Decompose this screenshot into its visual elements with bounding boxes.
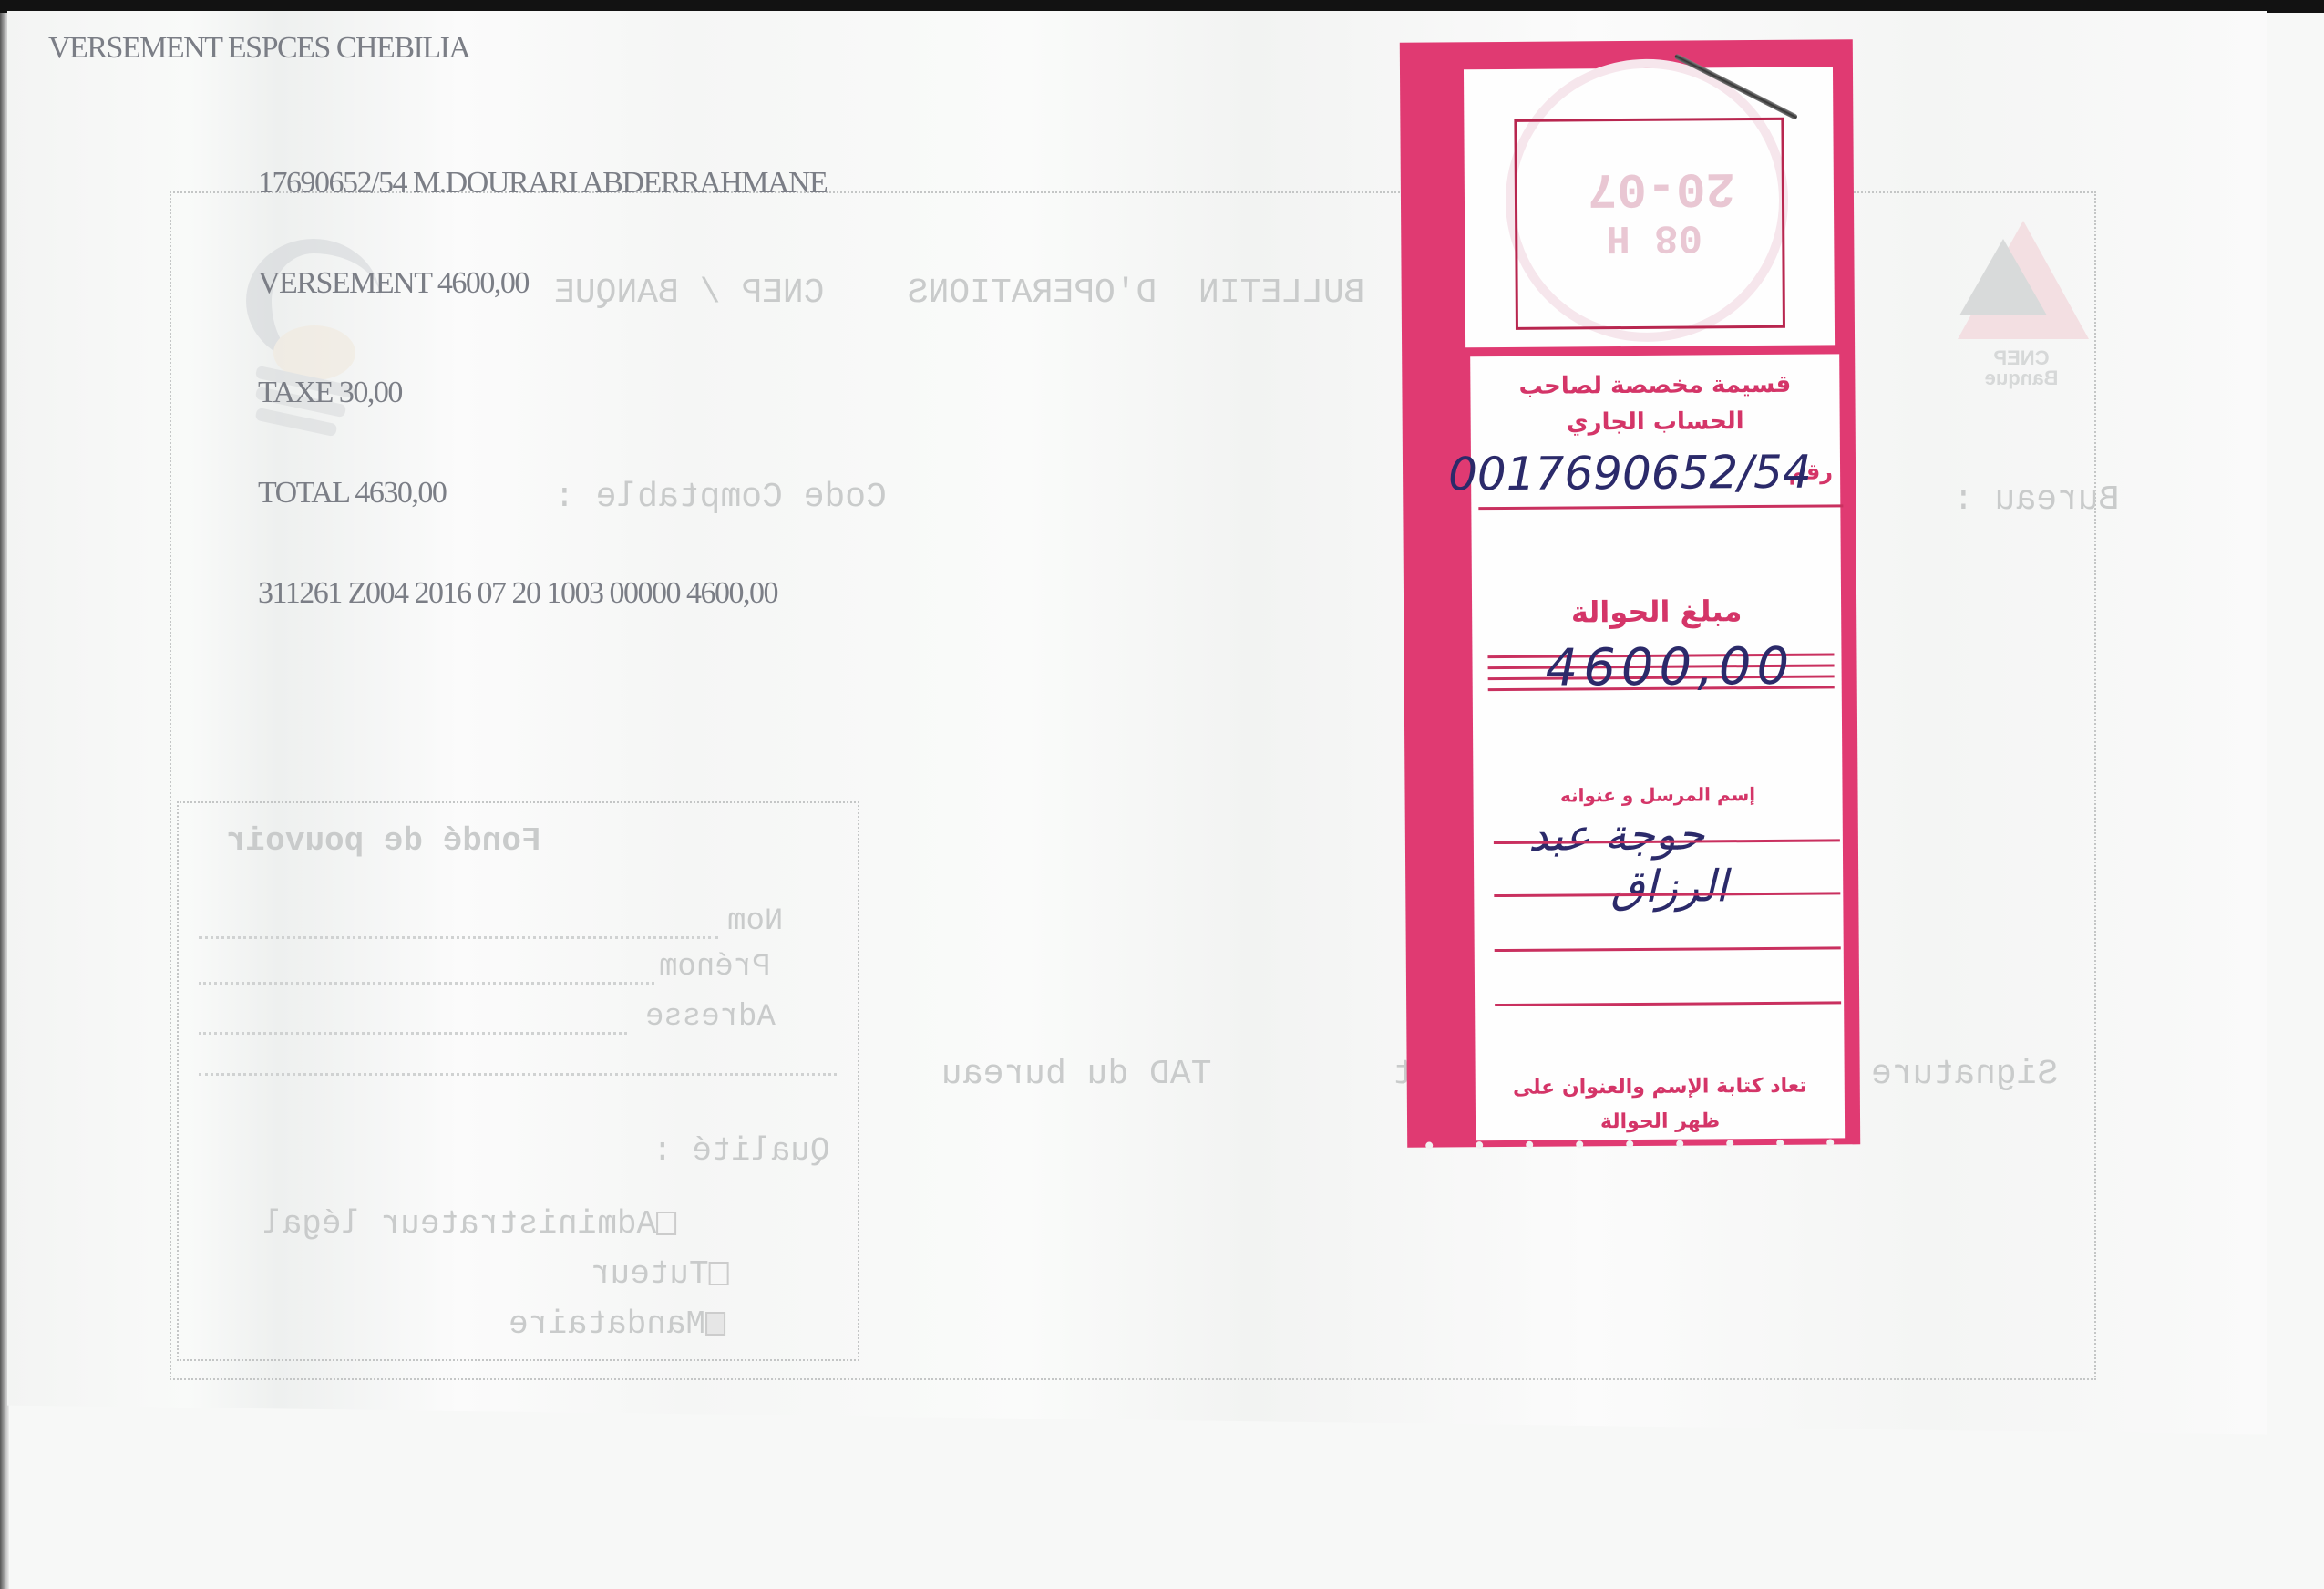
- tax-line: TAXE 30,00: [258, 376, 402, 410]
- rule: [1478, 504, 1843, 510]
- bleed-qualite: Qualité :: [653, 1132, 829, 1170]
- dotted-line: [199, 1032, 627, 1035]
- bleed-field-adresse: Adresse: [645, 1000, 776, 1035]
- bleed-signature: Signature: [1871, 1055, 2058, 1094]
- bleed-bureau: Bureau :: [1953, 480, 2119, 520]
- remittance-slip: 20-07 08 H قسيمة مخصصة لصاحب الحساب الجا…: [1400, 39, 1860, 1147]
- perforation: [1826, 1139, 1834, 1146]
- slip-body: قسيمة مخصصة لصاحب الحساب الجاري رقم 0017…: [1470, 354, 1845, 1140]
- account-line: 17690652/54 M.DOURARI ABDERRAHMANE: [258, 166, 827, 201]
- holder-subtitle: الحساب الجاري: [1471, 407, 1840, 437]
- bleed-field-prenom: Prénom: [659, 950, 770, 985]
- perforation: [1676, 1140, 1683, 1148]
- perforation: [1425, 1142, 1433, 1150]
- perforation: [1626, 1140, 1633, 1148]
- sender-label: إسم المرسل و عنوانه: [1473, 782, 1842, 807]
- amount-handwritten: 4600,00: [1545, 637, 1794, 698]
- receipt-header: VERSEMENT ESPCES CHEBILIA: [48, 31, 469, 66]
- dotted-line: [199, 936, 718, 939]
- checkbox-admin: [656, 1212, 676, 1235]
- postmark-time: 08 H: [1606, 213, 1702, 260]
- bleed-option-mandataire: Mandataire: [509, 1305, 729, 1343]
- bleed-option-tuteur: Tuteur: [591, 1255, 733, 1293]
- holder-title: قسيمة مخصصة لصاحب: [1470, 370, 1839, 400]
- fonde-de-pouvoir-box: [177, 801, 859, 1361]
- receipt-paper: CNEPBanque BULLETIN D'OPERATIONS CNEP / …: [7, 11, 2267, 1470]
- cnep-logo: CNEPBanque: [1958, 221, 2094, 394]
- rule: [1495, 946, 1841, 952]
- checkbox-tuteur: [709, 1262, 729, 1285]
- perforation: [1726, 1140, 1733, 1147]
- bleed-code-comptable: Code Comptable :: [554, 478, 887, 517]
- perforation: [1476, 1141, 1483, 1149]
- sender-name-handwritten-2: الرزاق: [1610, 861, 1728, 913]
- bleed-tad: TAD du bureau: [941, 1055, 1211, 1094]
- amount-label: مبلغ الحوالة: [1472, 593, 1841, 630]
- transaction-code-line: 311261 Z004 2016 07 20 1003 00000 4600,0…: [258, 576, 777, 611]
- scan-top-edge: [0, 0, 2324, 13]
- perforation: [1526, 1141, 1533, 1149]
- bleed-option-admin: Administrateur légal: [262, 1205, 680, 1243]
- account-number-handwritten: 0017690652/54: [1448, 446, 1812, 501]
- perforation: [1776, 1140, 1784, 1147]
- deposit-line: VERSEMENT 4600,00: [258, 266, 529, 301]
- dotted-line: [199, 982, 654, 985]
- perforation: [1576, 1140, 1583, 1148]
- postmark-date: 20-07: [1588, 159, 1735, 215]
- rule: [1495, 1001, 1841, 1006]
- bleed-title: BULLETIN D'OPERATIONS CNEP / BANQUE: [554, 273, 1364, 313]
- footer-note-1: تعاد كتابة الإسم والعنوان على: [1476, 1074, 1845, 1099]
- footer-note-2: ظهر الحوالة: [1476, 1109, 1845, 1134]
- total-line: TOTAL 4630,00: [258, 476, 446, 511]
- checkbox-mandataire: [705, 1312, 725, 1336]
- bleed-field-nom: Nom: [727, 904, 783, 939]
- dotted-line: [199, 1073, 837, 1076]
- bleed-fonde-title: Fondé de pouvoir: [226, 822, 541, 860]
- sender-name-handwritten: حوجة عبد: [1528, 809, 1705, 861]
